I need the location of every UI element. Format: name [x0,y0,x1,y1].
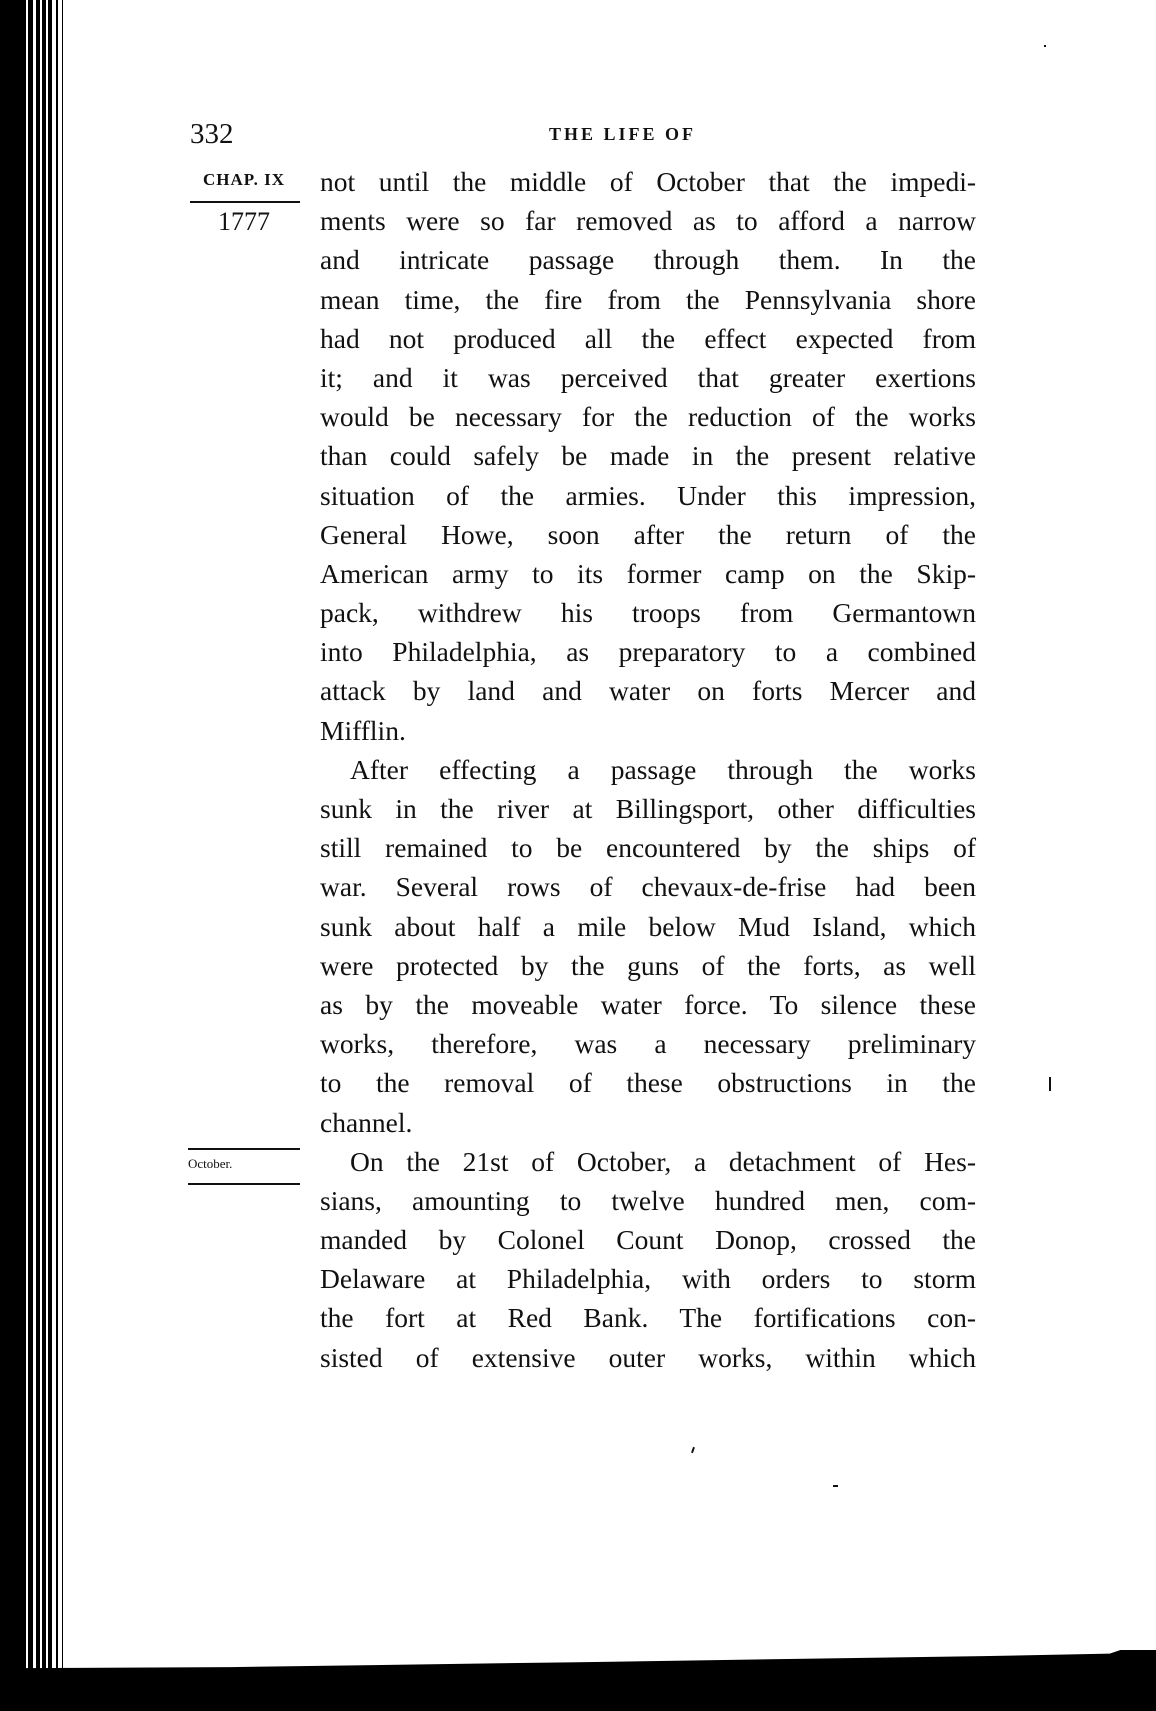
text-line: pack, withdrew his troops from Germantow… [320,593,976,632]
text-line: Delaware at Philadelphia, with orders to… [320,1259,976,1298]
margin-rule [188,1183,300,1185]
text-line: After effecting a passage through the wo… [320,750,976,789]
margin-rule [188,1148,300,1150]
text-line: American army to its former camp on the … [320,554,976,593]
scan-speck [1049,1077,1051,1091]
scan-speck [691,1447,695,1453]
text-line: ments were so far removed as to afford a… [320,201,976,240]
text-line: On the 21st of October, a detachment of … [320,1142,976,1181]
text-line: channel. [320,1103,976,1142]
text-line: works, therefore, was a necessary prelim… [320,1024,976,1063]
text-line: sunk about half a mile below Mud Island,… [320,907,976,946]
margin-year: 1777 [188,207,300,237]
text-line: situation of the armies. Under this impr… [320,476,976,515]
text-line: attack by land and water on forts Mercer… [320,671,976,710]
text-line: war. Several rows of chevaux-de-frise ha… [320,867,976,906]
text-line: General Howe, soon after the return of t… [320,515,976,554]
scan-speck [833,1485,838,1487]
text-line: were protected by the guns of the forts,… [320,946,976,985]
scan-speck [1044,45,1046,47]
text-line: the fort at Red Bank. The fortifications… [320,1298,976,1337]
margin-rule [190,201,300,203]
page-header: 332 THE LIFE OF [190,118,975,152]
text-line: still remained to be encountered by the … [320,828,976,867]
text-line: into Philadelphia, as preparatory to a c… [320,632,976,671]
text-line: had not produced all the effect expected… [320,319,976,358]
text-line: it; and it was perceived that greater ex… [320,358,976,397]
text-line: to the removal of these obstructions in … [320,1063,976,1102]
paragraph-1: not until the middle of October that the… [320,162,976,750]
text-line: sunk in the river at Billingsport, other… [320,789,976,828]
margin-month-note: October. [188,1156,300,1172]
text-line: manded by Colonel Count Donop, crossed t… [320,1220,976,1259]
book-binding-edge [0,0,80,1711]
text-line: not until the middle of October that the… [320,162,976,201]
paragraph-2: After effecting a passage through the wo… [320,750,976,1142]
text-line: and intricate passage through them. In t… [320,240,976,279]
scan-bottom-shadow [0,1650,1156,1711]
margin-chapter-label: CHAP. IX [188,170,300,190]
text-line: mean time, the fire from the Pennsylvani… [320,280,976,319]
paragraph-3: On the 21st of October, a detachment of … [320,1142,976,1377]
text-line: would be necessary for the reduction of … [320,397,976,436]
text-line: sisted of extensive outer works, within … [320,1338,976,1377]
text-line: Mifflin. [320,711,976,750]
text-line: sians, amounting to twelve hundred men, … [320,1181,976,1220]
text-line: as by the moveable water force. To silen… [320,985,976,1024]
text-line: than could safely be made in the present… [320,436,976,475]
body-text: not until the middle of October that the… [320,162,976,1377]
running-title: THE LIFE OF [190,124,975,145]
